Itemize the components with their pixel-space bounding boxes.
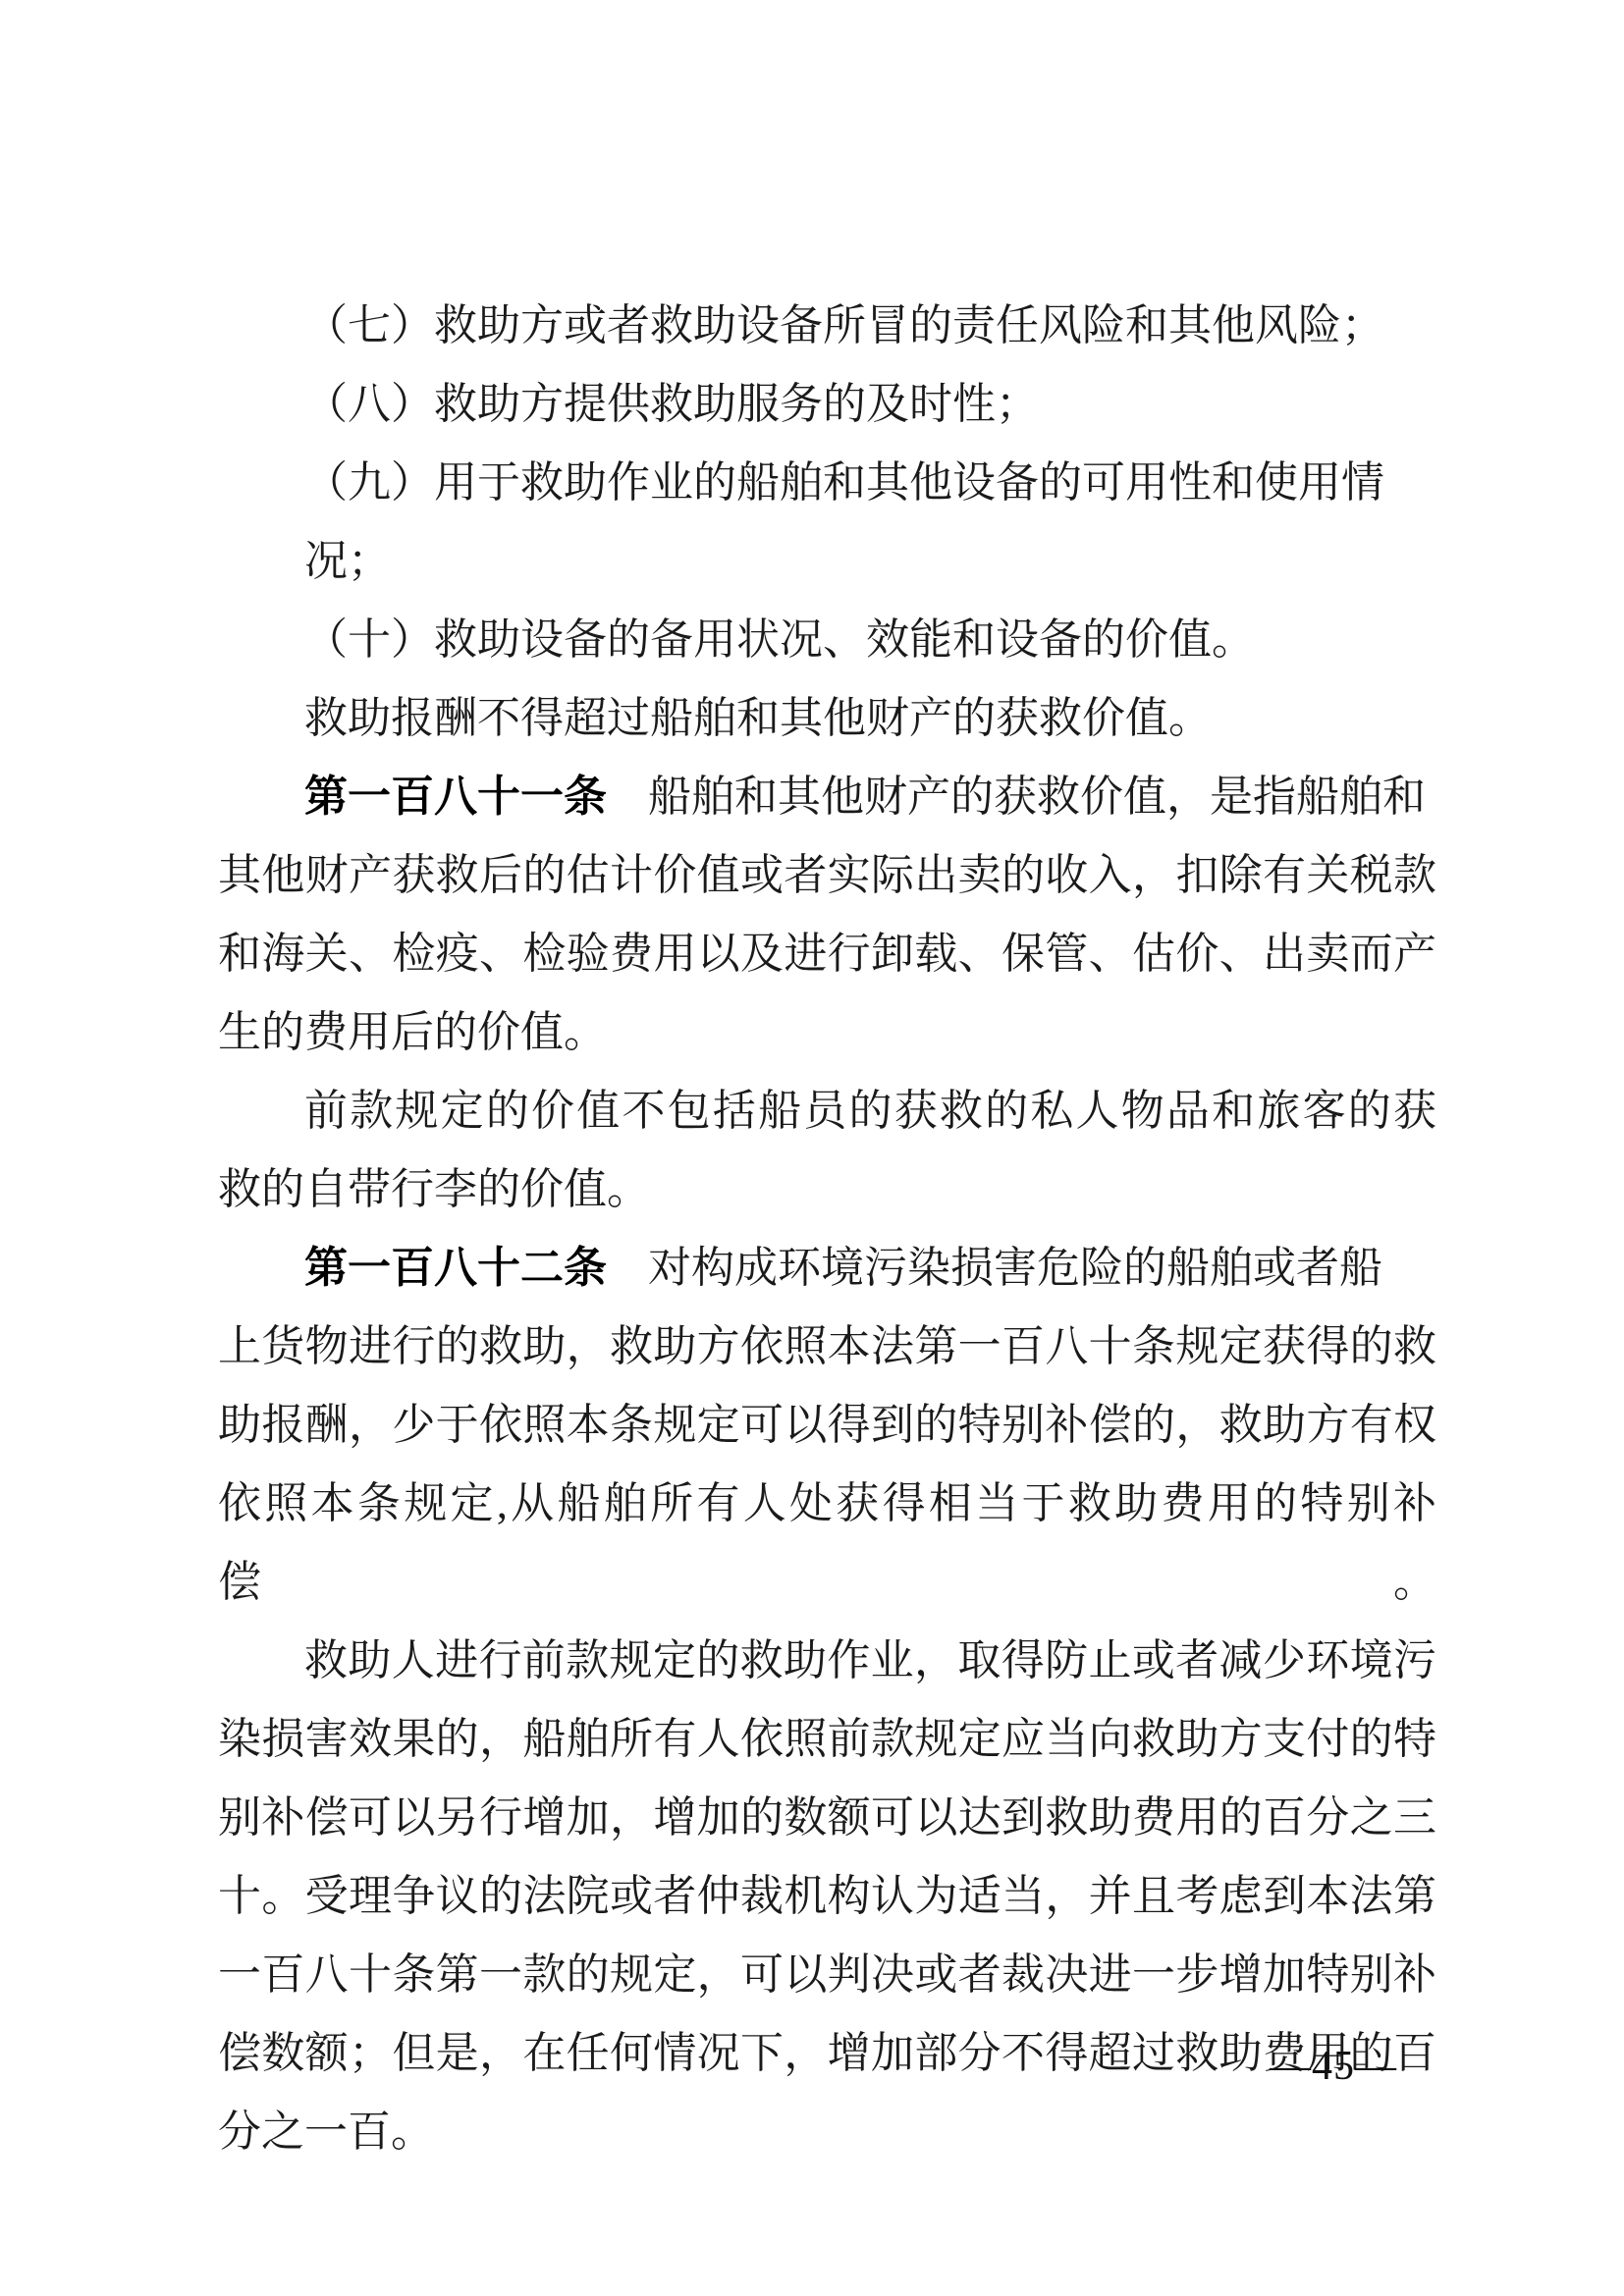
- text-line: 染损害效果的，船舶所有人依照前款规定应当向救助方支付的特: [218, 1700, 1436, 1779]
- text-line: 一百八十条第一款的规定，可以判决或者裁决进一步增加特别补: [218, 1936, 1436, 2014]
- text-line: 其他财产获救后的估计价值或者实际出卖的收入，扣除有关税款: [218, 836, 1436, 915]
- article-number: 第一百八十二条: [304, 1244, 607, 1292]
- text-line: 生的费用后的价值。: [218, 993, 1436, 1072]
- paragraph-line: 救助报酬不得超过船舶和其他财产的获救价值。: [218, 679, 1436, 758]
- list-item-10: （十）救助设备的备用状况、效能和设备的价值。: [218, 601, 1436, 679]
- article-text: 船舶和其他财产的获救价值，是指船舶和: [648, 773, 1426, 821]
- text-line: 分之一百。: [218, 2093, 1436, 2171]
- text-line: 救的自带行李的价值。: [218, 1150, 1436, 1229]
- document-page: （七）救助方或者救助设备所冒的责任风险和其他风险； （八）救助方提供救助服务的及…: [0, 0, 1624, 2296]
- text-line: 十。受理争议的法院或者仲裁机构认为适当，并且考虑到本法第: [218, 1857, 1436, 1936]
- article-181-heading-line: 第一百八十一条船舶和其他财产的获救价值，是指船舶和: [218, 758, 1436, 836]
- text-line: 偿数额；但是，在任何情况下，增加部分不得超过救助费用的百: [218, 2014, 1436, 2093]
- document-body: （七）救助方或者救助设备所冒的责任风险和其他风险； （八）救助方提供救助服务的及…: [218, 287, 1436, 2171]
- text-line: 助报酬，少于依照本条规定可以得到的特别补偿的，救助方有权: [218, 1386, 1436, 1465]
- page-number: —45—: [1270, 2044, 1397, 2089]
- list-item-8: （八）救助方提供救助服务的及时性；: [218, 365, 1436, 444]
- paragraph-line: 救助人进行前款规定的救助作业，取得防止或者减少环境污: [218, 1622, 1436, 1700]
- article-text: 对构成环境污染损害危险的船舶或者船: [648, 1244, 1382, 1292]
- text-line: 别补偿可以另行增加，增加的数额可以达到救助费用的百分之三: [218, 1779, 1436, 1857]
- list-item-9: （九）用于救助作业的船舶和其他设备的可用性和使用情况；: [218, 444, 1436, 601]
- text-line: 和海关、检疫、检验费用以及进行卸载、保管、估价、出卖而产: [218, 915, 1436, 993]
- list-item-7: （七）救助方或者救助设备所冒的责任风险和其他风险；: [218, 287, 1436, 365]
- text-line: 依照本条规定,从船舶所有人处获得相当于救助费用的特别补偿。: [218, 1465, 1436, 1622]
- text-line: 上货物进行的救助，救助方依照本法第一百八十条规定获得的救: [218, 1308, 1436, 1386]
- article-number: 第一百八十一条: [304, 773, 607, 821]
- paragraph-line: 前款规定的价值不包括船员的获救的私人物品和旅客的获: [218, 1072, 1436, 1150]
- article-182-heading-line: 第一百八十二条对构成环境污染损害危险的船舶或者船: [218, 1229, 1436, 1308]
